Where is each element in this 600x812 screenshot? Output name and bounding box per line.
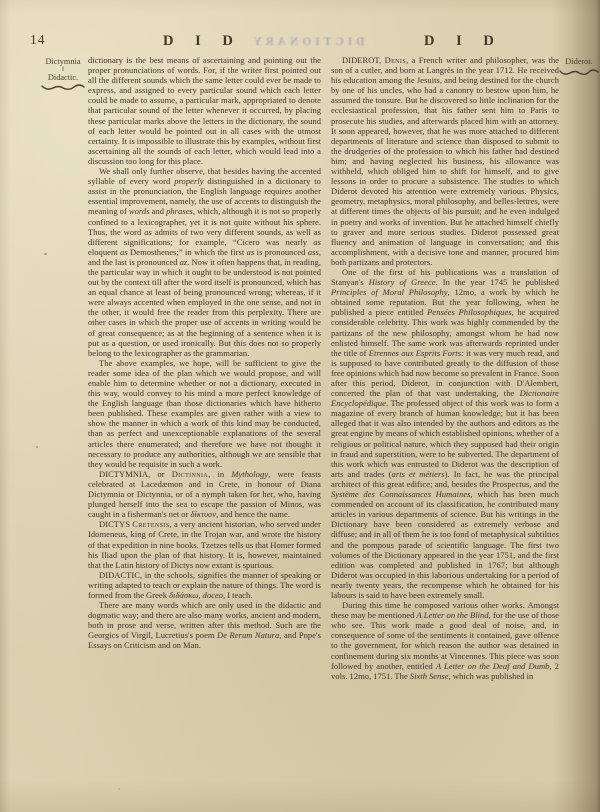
running-head-right: D I D xyxy=(424,33,503,50)
margin-note-left-line2: Didactic. xyxy=(48,73,78,82)
right-column: DIDEROT, Denis, a French writer and phil… xyxy=(331,55,559,681)
paragraph: dictionary is the best means of ascertai… xyxy=(88,55,321,166)
paragraph: DIDACTIC, in the schools, signifies the … xyxy=(88,570,321,600)
scanned-book-page: 14 D I D DICTIONARY D I D Dictymnia ‖ Di… xyxy=(0,0,600,812)
paragraph: DIDEROT, Denis, a French writer and phil… xyxy=(331,55,559,267)
paragraph: We shall only further observe, that besi… xyxy=(88,166,321,358)
paragraph: DICTYMNIA, or Dictinnia, in Mythology, w… xyxy=(88,469,321,519)
paragraph: There are many words which are only used… xyxy=(88,600,321,650)
paragraph: One of the first of his publications was… xyxy=(331,267,559,600)
running-head-left: D I D xyxy=(163,33,242,50)
bleedthrough-text: DICTIONARY xyxy=(232,36,382,48)
paper-speck xyxy=(118,788,120,790)
margin-flourish-icon xyxy=(41,83,85,92)
margin-note-right-label: Diderot. xyxy=(565,57,592,66)
margin-note-right: Diderot. xyxy=(556,57,600,77)
margin-flourish-icon xyxy=(559,68,599,77)
page-number: 14 xyxy=(30,32,46,48)
paper-speck xyxy=(44,253,47,255)
paragraph: DICTYS Cretensis, a very ancient histori… xyxy=(88,519,321,569)
left-column: dictionary is the best means of ascertai… xyxy=(88,55,321,651)
margin-note-left: Dictymnia ‖ Didactic. xyxy=(34,57,92,92)
paragraph: The above examples, we hope, will be suf… xyxy=(88,358,321,469)
margin-note-left-line1: Dictymnia xyxy=(45,57,80,66)
paragraph: During this time he composed various oth… xyxy=(331,600,559,681)
paper-speck xyxy=(36,446,38,448)
